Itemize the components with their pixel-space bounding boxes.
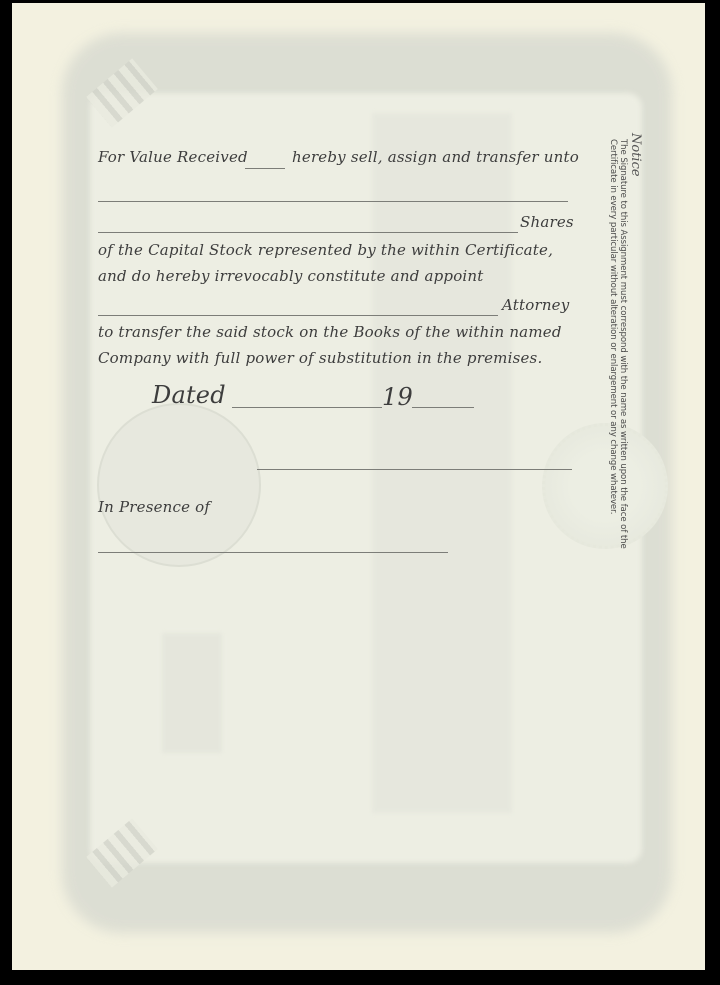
dated-label: Dated	[152, 381, 226, 409]
notice-text: The Signature to this Assignment must co…	[608, 139, 628, 563]
value-blank-line[interactable]	[245, 168, 285, 169]
show-through-company-name	[292, 143, 342, 743]
year-line[interactable]	[412, 407, 474, 408]
capital-stock-text: of the Capital Stock represented by the …	[98, 241, 553, 259]
certificate-paper: For Value Received hereby sell, assign a…	[12, 3, 705, 970]
shares-label: Shares	[520, 213, 574, 231]
notice-block: Notice The Signature to this Assignment …	[608, 133, 643, 563]
show-through-text-block	[372, 113, 512, 813]
shares-count-line[interactable]	[98, 232, 518, 233]
embossed-seal	[542, 423, 668, 549]
notice-title: Notice	[628, 133, 643, 563]
attorney-line[interactable]	[98, 315, 498, 316]
vignette-ghost	[97, 403, 261, 567]
for-value-received-label: For Value Received	[98, 148, 248, 166]
attorney-label: Attorney	[502, 296, 569, 314]
signature-line[interactable]	[257, 469, 572, 470]
appoint-text: and do hereby irrevocably constitute and…	[98, 267, 484, 285]
show-through-panel	[162, 633, 222, 753]
transfer-books-text: to transfer the said stock on the Books …	[98, 323, 562, 341]
date-line[interactable]	[232, 407, 382, 408]
transfer-unto-label: hereby sell, assign and transfer unto	[292, 148, 579, 166]
in-presence-of-label: In Presence of	[98, 498, 210, 516]
transferee-line[interactable]	[98, 201, 568, 202]
year-prefix: 19	[382, 383, 413, 411]
witness-line[interactable]	[98, 552, 448, 553]
substitution-text: Company with full power of substitution …	[98, 349, 542, 367]
